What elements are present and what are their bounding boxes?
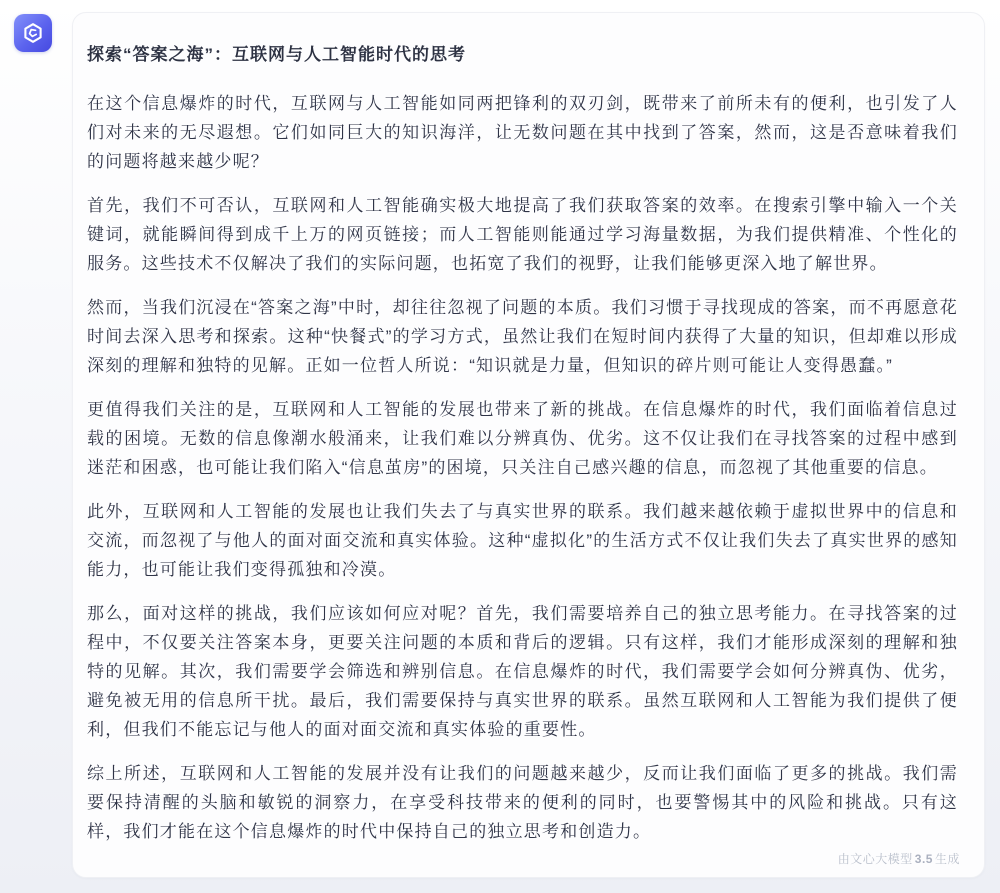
answer-card: 探索“答案之海”：互联网与人工智能时代的思考 在这个信息爆炸的时代，互联网与人工… [72,12,985,878]
article-paragraph-6: 那么，面对这样的挑战，我们应该如何应对呢？首先，我们需要培养自己的独立思考能力。… [87,599,958,744]
article-paragraph-5: 此外，互联网和人工智能的发展也让我们失去了与真实世界的联系。我们越来越依赖于虚拟… [87,497,958,584]
model-watermark: 由文心大模型3.5生成 [838,850,960,867]
watermark-prefix: 由文心大模型 [838,852,913,866]
article-body: 在这个信息爆炸的时代，互联网与人工智能如同两把锋利的双刃剑，既带来了前所未有的便… [87,89,958,846]
ernie-logo-icon [21,21,45,45]
assistant-avatar [14,14,52,52]
watermark-version: 3.5 [915,852,933,866]
article-title: 探索“答案之海”：互联网与人工智能时代的思考 [87,43,958,67]
article-paragraph-1: 在这个信息爆炸的时代，互联网与人工智能如同两把锋利的双刃剑，既带来了前所未有的便… [87,89,958,176]
article-paragraph-7: 综上所述，互联网和人工智能的发展并没有让我们的问题越来越少，反而让我们面临了更多… [87,759,958,846]
article-paragraph-4: 更值得我们关注的是，互联网和人工智能的发展也带来了新的挑战。在信息爆炸的时代，我… [87,395,958,482]
watermark-suffix: 生成 [935,852,960,866]
article-paragraph-3: 然而，当我们沉浸在“答案之海”中时，却往往忽视了问题的本质。我们习惯于寻找现成的… [87,293,958,380]
article-paragraph-2: 首先，我们不可否认，互联网和人工智能确实极大地提高了我们获取答案的效率。在搜索引… [87,191,958,278]
